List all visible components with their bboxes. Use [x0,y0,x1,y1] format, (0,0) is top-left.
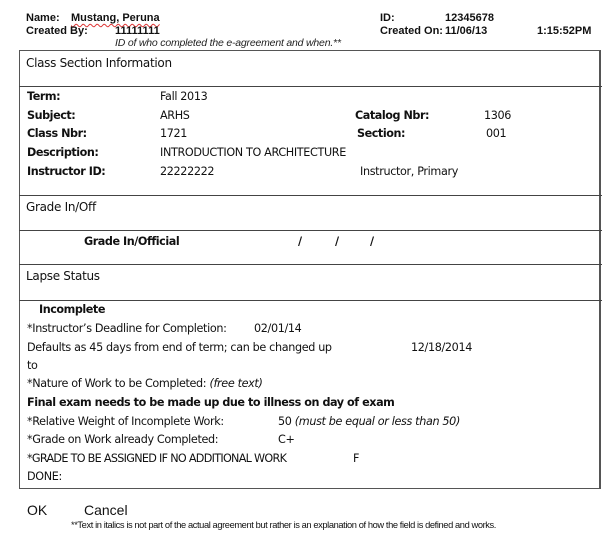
id-label: ID: [380,12,395,24]
weight-label: *Relative Weight of Incomplete Work: [27,415,224,428]
divider [19,195,602,196]
nature-label-text: *Nature of Work to be Completed: [27,377,206,390]
grade-completed-value[interactable]: C+ [278,433,295,446]
section-label: Section: [357,127,405,140]
catalog-nbr-value: 1306 [484,109,511,122]
created-by-label: Created By: [26,25,88,37]
class-section-title: Class Section Information [26,56,172,70]
defaults-max-date: 12/18/2014 [411,341,472,354]
grade-date-slash[interactable]: / [370,235,374,248]
class-nbr-value: 1721 [160,127,187,140]
grade-in-off-title: Grade In/Off [26,200,96,214]
defaults-text: Defaults as 45 days from end of term; ca… [27,341,332,354]
grade-date-slash[interactable]: / [298,235,302,248]
footnote: **Text in italics is not part of the act… [71,520,496,530]
instructor-id-label: Instructor ID: [27,165,105,178]
divider [19,300,602,301]
subject-value: ARHS [160,109,190,122]
catalog-nbr-label-text: Catalog Nbr: [355,109,429,122]
name-label: Name: [26,12,60,24]
defaults-to: to [27,359,38,372]
weight-note: (must be equal or less than 50) [295,415,460,428]
weight-value-group: 50 (must be equal or less than 50) [278,415,460,428]
lapse-status-title: Lapse Status [26,269,100,283]
name-value: Mustang, Peruna [71,12,160,24]
term-value: Fall 2013 [160,90,207,103]
description-value: INTRODUCTION TO ARCHITECTURE [160,146,346,159]
instructor-id-value: 22222222 [160,165,214,178]
created-on-label: Created On: [380,25,443,37]
done-label: DONE: [27,470,62,483]
created-by-value: 11111111 [115,25,160,37]
deadline-value[interactable]: 02/01/14 [254,322,301,335]
created-by-note: ID of who completed the e-agreement and … [115,37,341,49]
deadline-label: *Instructor’s Deadline for Completion: [27,322,227,335]
student-name: Mustang, Peruna [71,12,160,24]
id-value: 12345678 [445,12,494,24]
section-value: 001 [486,127,506,140]
term-label: Term: [27,90,60,103]
class-nbr-label: Class Nbr: [27,127,87,140]
created-on-date: 11/06/13 [445,25,487,37]
grade-assigned-value[interactable]: F [353,452,359,465]
cancel-button[interactable]: Cancel [84,502,128,518]
divider [19,230,602,231]
grade-date-slash[interactable]: / [335,235,339,248]
divider [19,264,602,265]
catalog-nbr-label: Catalog Nbr: [355,109,429,122]
nature-value[interactable]: Final exam needs to be made up due to il… [27,396,394,409]
grade-assigned-label: *GRADE TO BE ASSIGNED IF NO ADDITIONAL W… [27,452,286,465]
grade-in-official-label: Grade In/Official [84,235,179,248]
description-label: Description: [27,146,98,159]
instructor-role: Instructor, Primary [360,165,458,178]
ok-button[interactable]: OK [27,502,47,518]
nature-label: *Nature of Work to be Completed: (free t… [27,377,262,390]
created-on-time: 1:15:52PM [537,25,591,37]
divider [19,86,602,87]
grade-completed-label: *Grade on Work already Completed: [27,433,218,446]
weight-value[interactable]: 50 [278,415,292,428]
nature-note: (free text) [209,377,262,390]
incomplete-title: Incomplete [39,303,105,316]
subject-label: Subject: [27,109,75,122]
